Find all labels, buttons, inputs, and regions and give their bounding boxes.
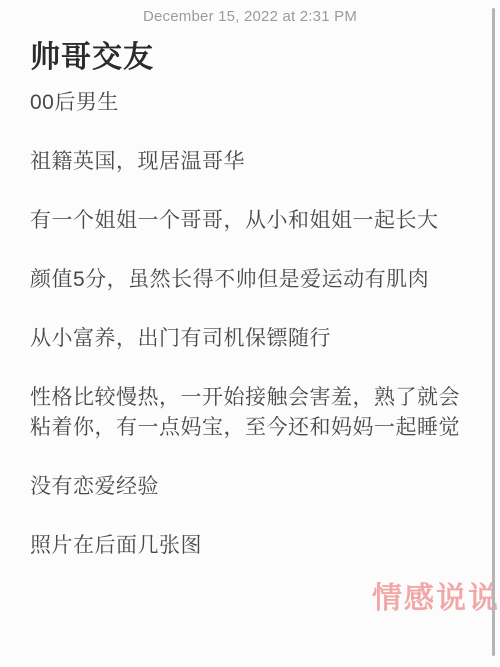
note-paragraph: 性格比较慢热，一开始接触会害羞，熟了就会粘着你，有一点妈宝，至今还和妈妈一起睡觉 xyxy=(30,383,474,443)
note-editable-area[interactable]: 帅哥交友 00后男生祖籍英国，现居温哥华有一个姐姐一个哥哥，从小和姐姐一起长大颜… xyxy=(30,40,474,590)
note-paragraph: 祖籍英国，现居温哥华 xyxy=(30,147,474,177)
note-body: 00后男生祖籍英国，现居温哥华有一个姐姐一个哥哥，从小和姐姐一起长大颜值5分，虽… xyxy=(30,88,474,561)
note-paragraph: 没有恋爱经验 xyxy=(30,472,474,502)
scrollbar-thumb[interactable] xyxy=(492,8,495,656)
note-timestamp: December 15, 2022 at 2:31 PM xyxy=(0,8,500,25)
notes-app-screen: December 15, 2022 at 2:31 PM 帅哥交友 00后男生祖… xyxy=(0,0,500,667)
note-paragraph: 00后男生 xyxy=(30,88,474,118)
note-paragraph: 从小富养，出门有司机保镖随行 xyxy=(30,324,474,354)
note-paragraph: 颜值5分，虽然长得不帅但是爱运动有肌肉 xyxy=(30,265,474,295)
note-paragraph: 照片在后面几张图 xyxy=(30,531,474,561)
note-title: 帅哥交友 xyxy=(30,40,474,76)
watermark-qinggan-shuoshuo: 情感说说 xyxy=(372,573,500,617)
note-paragraph: 有一个姐姐一个哥哥，从小和姐姐一起长大 xyxy=(30,206,474,236)
